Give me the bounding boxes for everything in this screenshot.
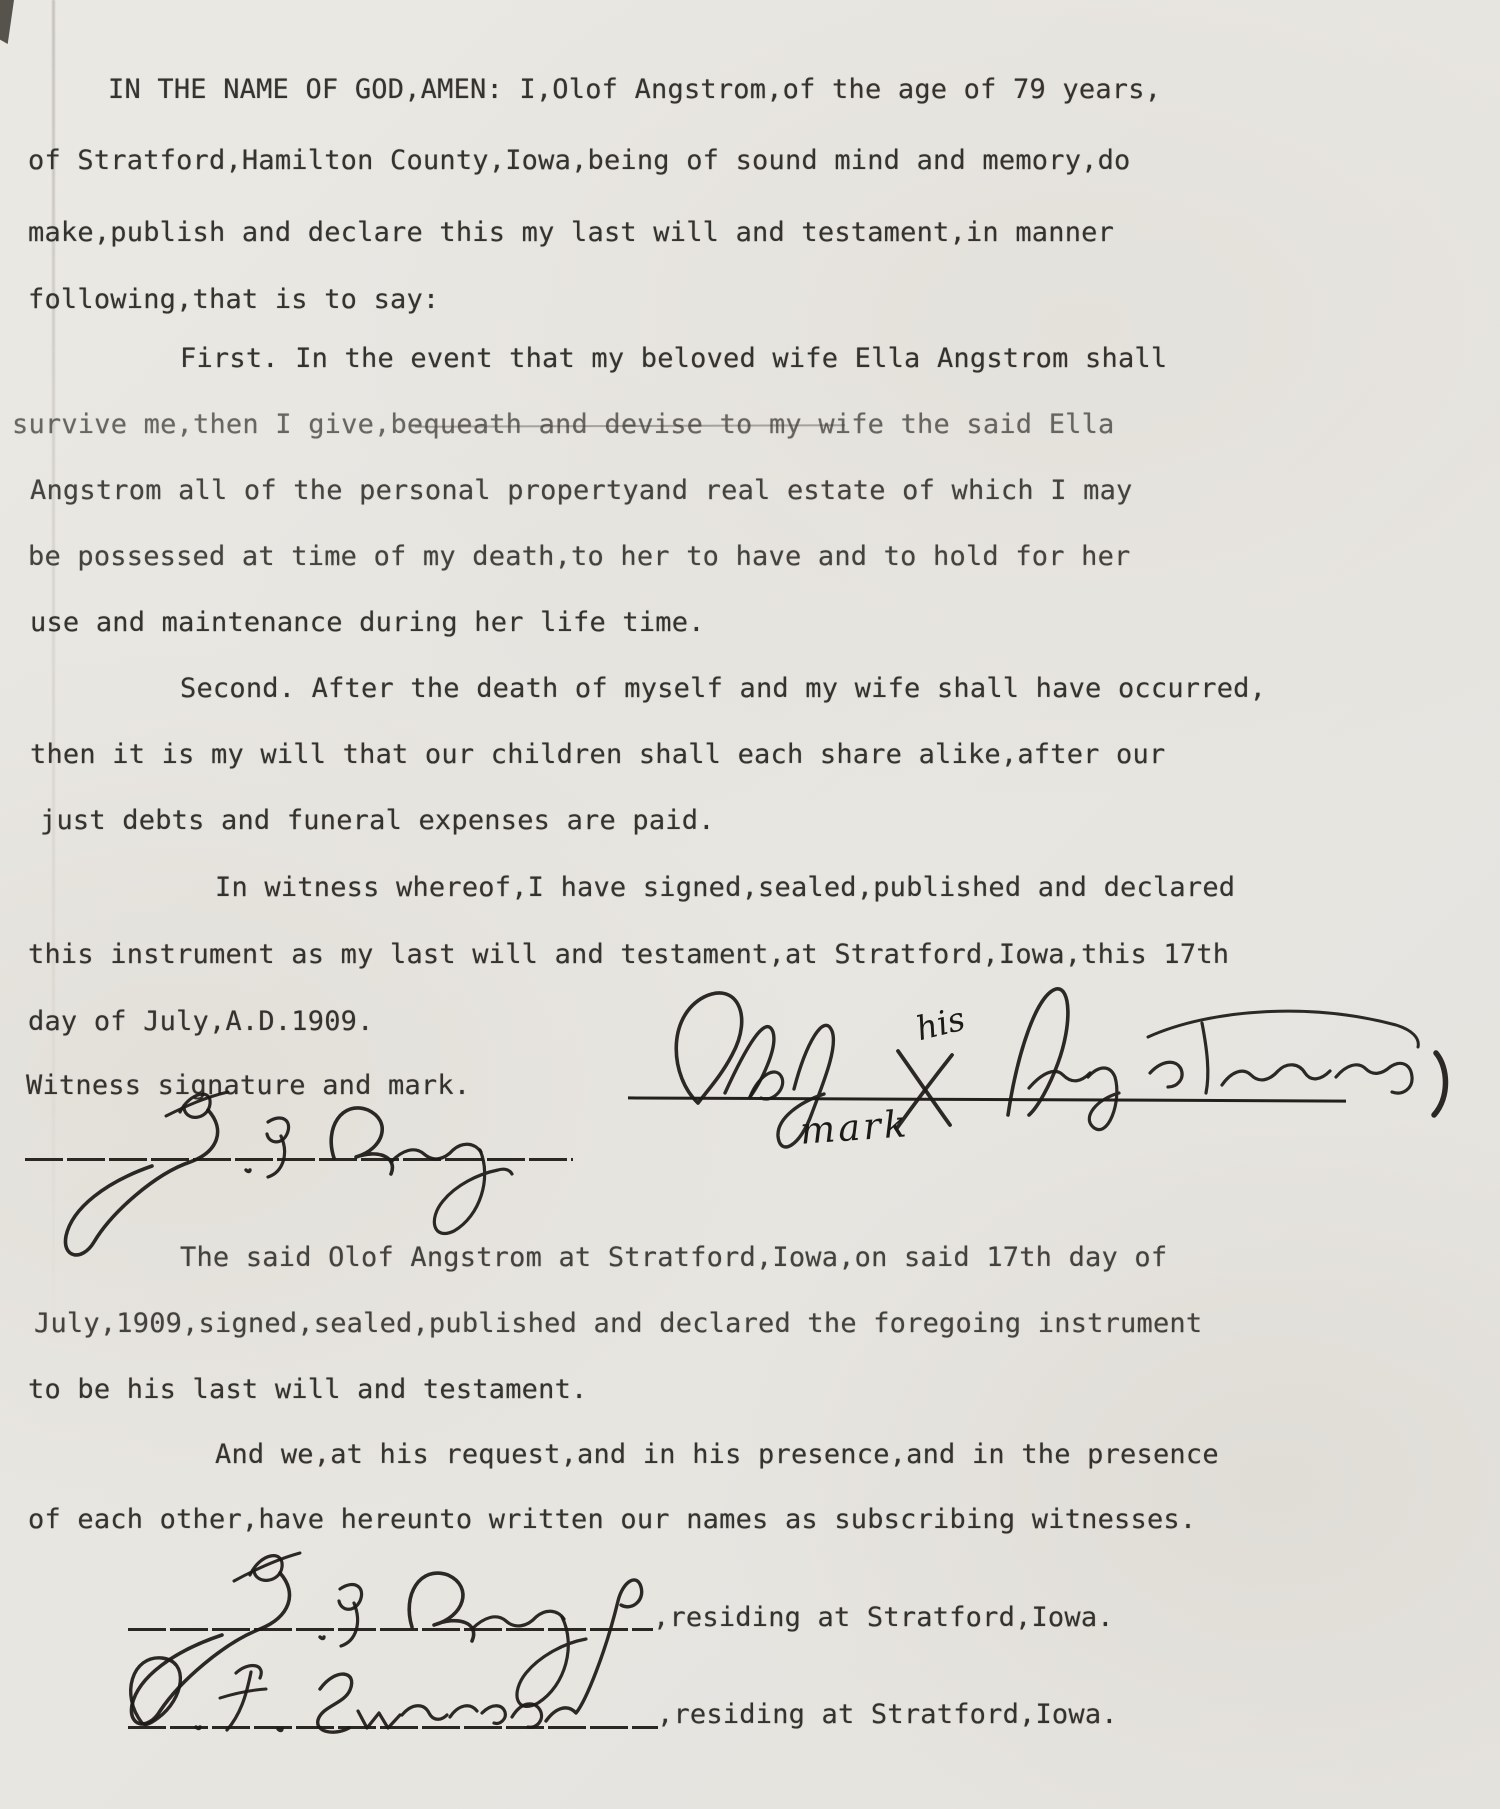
typed-line-second-clause: Second. After the death of myself and my… <box>180 674 1266 704</box>
typed-line: following,that is to say: <box>28 285 439 315</box>
paper-background <box>0 0 1500 1809</box>
typed-line: to be his last will and testament. <box>28 1375 587 1405</box>
witness-signature-1-bottom <box>131 1553 586 1724</box>
mark-label: mark <box>799 1102 911 1153</box>
typed-line: be possessed at time of my death,to her … <box>28 542 1131 572</box>
will-document-scan: { "page": { "paper_color": "#e8e6e1", "i… <box>0 0 1500 1809</box>
witness-signature-1 <box>40 1080 600 1270</box>
testator-signature <box>610 955 1490 1175</box>
typed-line: use and maintenance during her life time… <box>30 608 705 638</box>
typed-line-first-clause: First. In the event that my beloved wife… <box>180 344 1167 374</box>
typed-line-opening: IN THE NAME OF GOD,AMEN: I,Olof Angstrom… <box>108 75 1161 105</box>
typed-line: make,publish and declare this my last wi… <box>28 218 1114 248</box>
typed-line-attestation: In witness whereof,I have signed,sealed,… <box>215 873 1235 903</box>
typed-line: just debts and funeral expenses are paid… <box>40 806 715 836</box>
witness-signature-2 <box>131 1580 642 1732</box>
witness-signatures-bottom <box>100 1545 820 1795</box>
typed-line: of Stratford,Hamilton County,Iowa,being … <box>28 146 1131 176</box>
typed-line-witness-clause: And we,at his request,and in his presenc… <box>215 1440 1219 1470</box>
typed-line: July,1909,signed,sealed,published and de… <box>34 1309 1202 1339</box>
typed-line-date: day of July,A.D.1909. <box>28 1007 374 1037</box>
typed-line: of each other,have hereunto written our … <box>28 1505 1196 1535</box>
typed-line: Angstrom all of the personal propertyand… <box>30 476 1133 506</box>
typed-line: then it is my will that our children sha… <box>30 740 1165 770</box>
